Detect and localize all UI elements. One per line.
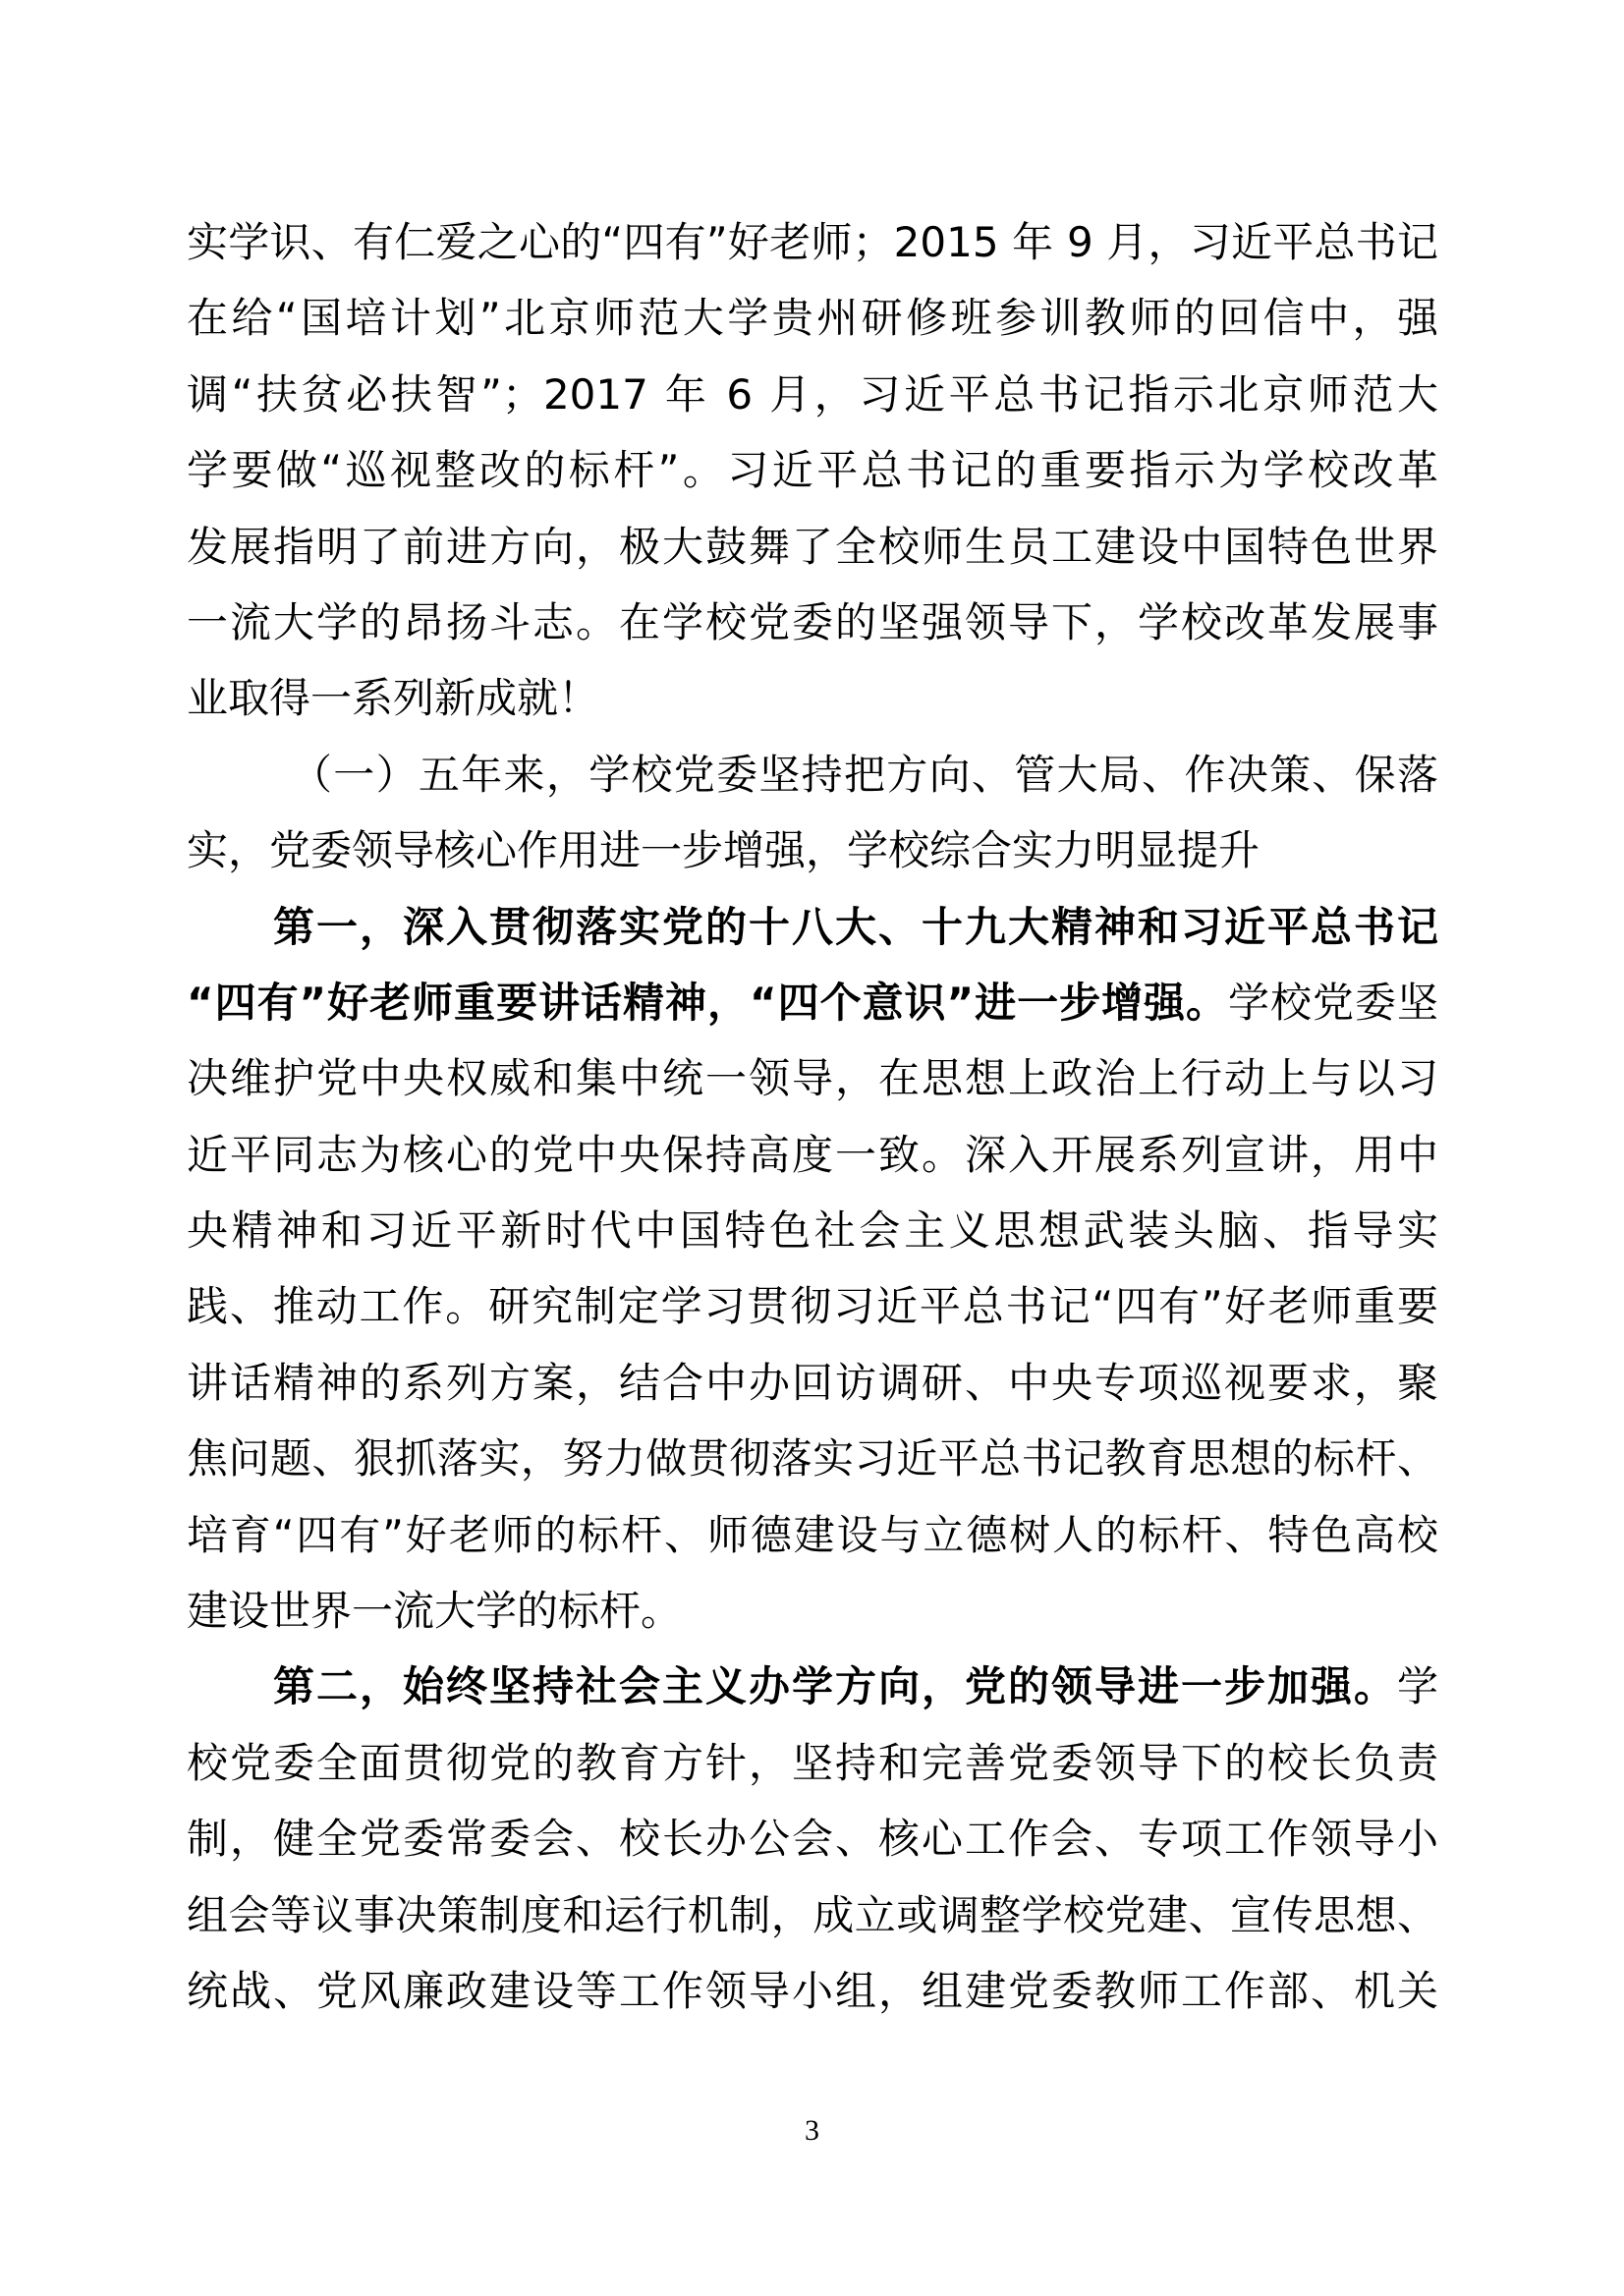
body-text: 实学识、有仁爱之心的“四有”好老师；2015 年 9 月，习近平总书记 在给“国…: [187, 214, 1438, 2039]
text-line: 业取得一系列新成就！: [187, 670, 1438, 746]
text-line: 统战、党风廉政建设等工作领导小组，组建党委教师工作部、机关: [187, 1963, 1438, 2039]
text-span: 学: [1397, 1662, 1438, 1710]
page-number: 3: [0, 2114, 1624, 2148]
text-line: “四有”好老师重要讲话精神，“四个意识”进一步增强。学校党委坚: [187, 975, 1438, 1050]
text-line: 央精神和习近平新时代中国特色社会主义思想武装头脑、指导实: [187, 1203, 1438, 1278]
text-line: 第二，始终坚持社会主义办学方向，党的领导进一步加强。学: [187, 1658, 1438, 1734]
text-line: 发展指明了前进方向，极大鼓舞了全校师生员工建设中国特色世界: [187, 519, 1438, 594]
bold-lead-text: 第二，始终坚持社会主义办学方向，党的领导进一步加强。: [273, 1662, 1397, 1710]
text-line: 近平同志为核心的党中央保持高度一致。深入开展系列宣讲，用中: [187, 1127, 1438, 1203]
text-line: 调“扶贫必扶智”；2017 年 6 月，习近平总书记指示北京师范大: [187, 366, 1438, 442]
paragraph-intro-continued: 实学识、有仁爱之心的“四有”好老师；2015 年 9 月，习近平总书记 在给“国…: [187, 214, 1438, 747]
text-line: 建设世界一流大学的标杆。: [187, 1583, 1438, 1658]
bold-lead-text: 第一，深入贯彻落实党的十八大、十九大精神和习近平总书记: [273, 903, 1438, 951]
section-heading: （一）五年来，学校党委坚持把方向、管大局、作决策、保落 实，党委领导核心作用进一…: [187, 747, 1438, 899]
text-line: 践、推动工作。研究制定学习贯彻习近平总书记“四有”好老师重要: [187, 1278, 1438, 1354]
text-line: 培育“四有”好老师的标杆、师德建设与立德树人的标杆、特色高校: [187, 1507, 1438, 1583]
text-line: 组会等议事决策制度和运行机制，成立或调整学校党建、宣传思想、: [187, 1887, 1438, 1963]
text-line: 学要做“巡视整改的标杆”。习近平总书记的重要指示为学校改革: [187, 442, 1438, 518]
paragraph-second: 第二，始终坚持社会主义办学方向，党的领导进一步加强。学 校党委全面贯彻党的教育方…: [187, 1658, 1438, 2039]
text-span: 学校党委坚: [1228, 979, 1438, 1027]
text-line: 焦问题、狠抓落实，努力做贯彻落实习近平总书记教育思想的标杆、: [187, 1430, 1438, 1506]
text-line: 一流大学的昂扬斗志。在学校党委的坚强领导下，学校改革发展事: [187, 594, 1438, 670]
text-line: 校党委全面贯彻党的教育方针，坚持和完善党委领导下的校长负责: [187, 1735, 1438, 1811]
text-line: 讲话精神的系列方案，结合中办回访调研、中央专项巡视要求，聚: [187, 1355, 1438, 1430]
text-line: 在给“国培计划”北京师范大学贵州研修班参训教师的回信中，强: [187, 290, 1438, 365]
text-line: 第一，深入贯彻落实党的十八大、十九大精神和习近平总书记: [187, 899, 1438, 975]
heading-line: 实，党委领导核心作用进一步增强，学校综合实力明显提升: [187, 822, 1438, 898]
text-line: 制，健全党委常委会、校长办公会、核心工作会、专项工作领导小: [187, 1811, 1438, 1886]
document-page: 实学识、有仁爱之心的“四有”好老师；2015 年 9 月，习近平总书记 在给“国…: [0, 0, 1624, 2296]
text-line: 决维护党中央权威和集中统一领导，在思想上政治上行动上与以习: [187, 1050, 1438, 1126]
text-line: 实学识、有仁爱之心的“四有”好老师；2015 年 9 月，习近平总书记: [187, 214, 1438, 290]
heading-line: （一）五年来，学校党委坚持把方向、管大局、作决策、保落: [187, 747, 1438, 822]
paragraph-first: 第一，深入贯彻落实党的十八大、十九大精神和习近平总书记 “四有”好老师重要讲话精…: [187, 899, 1438, 1659]
bold-lead-text: “四有”好老师重要讲话精神，“四个意识”进一步增强。: [187, 979, 1228, 1027]
